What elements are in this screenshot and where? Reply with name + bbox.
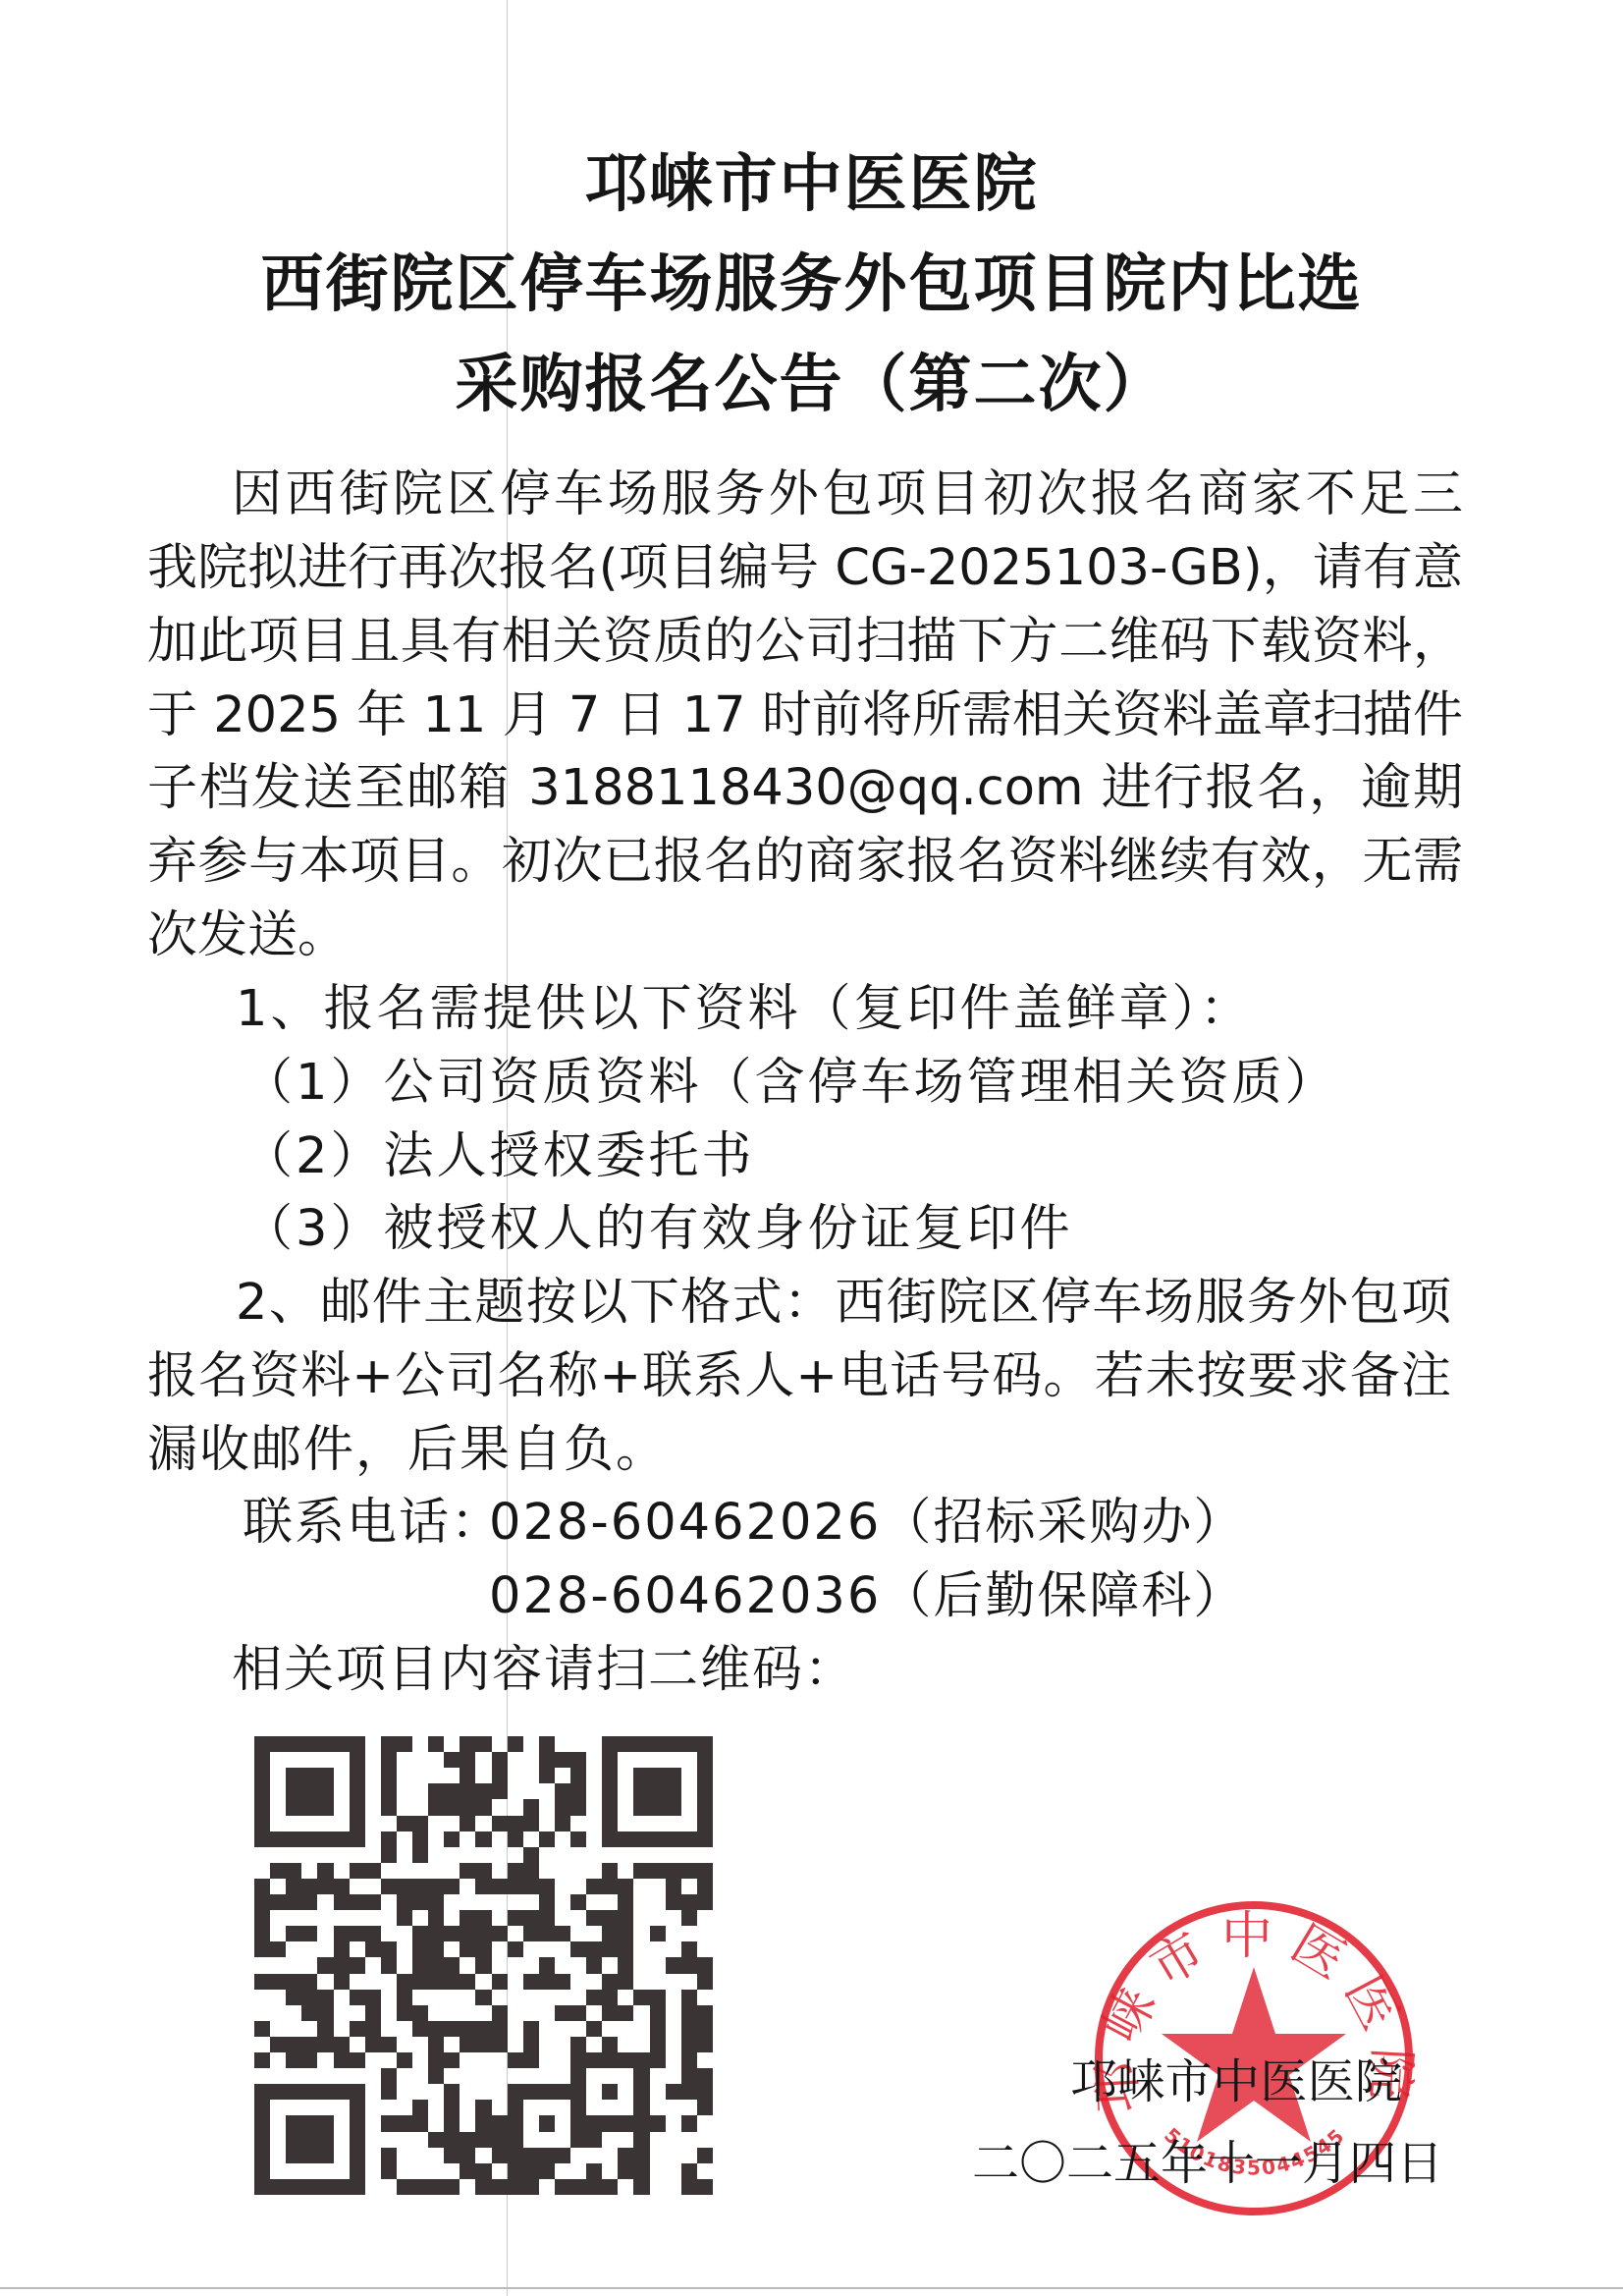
- qr-module: [666, 1816, 681, 1831]
- email-subject-line: 漏收邮件，后果自负。: [147, 1414, 668, 1487]
- qr-module: [633, 1831, 649, 1847]
- qr-module: [555, 1831, 570, 1847]
- qr-module: [681, 1910, 697, 1926]
- qr-module: [650, 1783, 666, 1799]
- qr-module: [633, 1783, 649, 1799]
- qr-module: [570, 2037, 586, 2052]
- qr-module: [270, 1847, 286, 1863]
- qr-module: [681, 2037, 697, 2052]
- qr-module: [697, 1910, 713, 1926]
- qr-module: [365, 1847, 381, 1863]
- qr-module: [460, 1847, 475, 1863]
- qr-module: [397, 1863, 412, 1879]
- qr-module: [444, 1799, 460, 1815]
- qr-module: [570, 1990, 586, 2005]
- qr-module: [555, 1736, 570, 1752]
- qr-module: [650, 2179, 666, 2195]
- qr-module: [650, 1863, 666, 1879]
- qr-module: [618, 2115, 633, 2131]
- qr-module: [444, 1974, 460, 1990]
- qr-module: [397, 1831, 412, 1847]
- qr-module: [460, 1941, 475, 1957]
- qr-module: [618, 2148, 633, 2163]
- qr-module: [381, 1736, 397, 1752]
- qr-module: [681, 2021, 697, 2037]
- qr-module: [539, 1941, 555, 1957]
- qr-module: [523, 2037, 539, 2052]
- qr-module: [666, 1941, 681, 1957]
- qr-module: [570, 1957, 586, 1973]
- qr-module: [539, 2084, 555, 2100]
- qr-module: [586, 2115, 602, 2131]
- qr-module: [397, 1816, 412, 1831]
- qr-module: [602, 1847, 618, 1863]
- qr-module: [650, 2052, 666, 2068]
- qr-module: [633, 1941, 649, 1957]
- qr-module: [412, 2115, 428, 2131]
- qr-module: [475, 2084, 491, 2100]
- qr-module: [475, 1752, 491, 1768]
- qr-module: [334, 2037, 350, 2052]
- qr-module: [317, 1799, 333, 1815]
- qr-module: [618, 2052, 633, 2068]
- qr-module: [570, 2132, 586, 2148]
- qr-module: [365, 2100, 381, 2115]
- qr-module: [301, 1910, 317, 1926]
- qr-module: [301, 1816, 317, 1831]
- qr-module: [650, 2163, 666, 2179]
- qr-module: [365, 1752, 381, 1768]
- qr-module: [523, 1783, 539, 1799]
- qr-module: [508, 1863, 523, 1879]
- qr-module: [254, 1926, 270, 1941]
- qr-module: [317, 1863, 333, 1879]
- qr-module: [697, 1894, 713, 1910]
- qr-module: [539, 1736, 555, 1752]
- qr-module: [570, 2052, 586, 2068]
- qr-module: [475, 1910, 491, 1926]
- qr-module: [365, 1783, 381, 1799]
- qr-module: [586, 2148, 602, 2163]
- qr-module: [301, 1926, 317, 1941]
- qr-module: [412, 2132, 428, 2148]
- qr-module: [317, 1879, 333, 1894]
- qr-module: [555, 2084, 570, 2100]
- qr-module: [508, 2148, 523, 2163]
- qr-module: [317, 2179, 333, 2195]
- qr-module: [412, 1847, 428, 1863]
- qr-module: [523, 1910, 539, 1926]
- qr-module: [586, 1910, 602, 1926]
- title-project: 西街院区停车场服务外包项目院内比选: [0, 246, 1623, 324]
- qr-module: [397, 1990, 412, 2005]
- qr-module: [254, 2021, 270, 2037]
- qr-module: [286, 2021, 301, 2037]
- qr-module: [555, 2148, 570, 2163]
- qr-module: [475, 2005, 491, 2021]
- qr-module: [697, 1831, 713, 1847]
- qr-module: [586, 2179, 602, 2195]
- qr-module: [286, 2115, 301, 2131]
- qr-module: [508, 2068, 523, 2084]
- qr-module: [254, 1910, 270, 1926]
- qr-module: [508, 2163, 523, 2179]
- qr-module: [602, 2021, 618, 2037]
- qr-module: [666, 1831, 681, 1847]
- qr-module: [428, 1752, 444, 1768]
- qr-module: [492, 1816, 508, 1831]
- qr-module: [428, 1816, 444, 1831]
- qr-module: [555, 1957, 570, 1973]
- qr-module: [365, 1974, 381, 1990]
- qr-module: [444, 2021, 460, 2037]
- qr-module: [365, 1863, 381, 1879]
- qr-module: [412, 2068, 428, 2084]
- qr-module: [365, 1879, 381, 1894]
- qr-module: [492, 1736, 508, 1752]
- qr-module: [508, 2179, 523, 2195]
- qr-module: [270, 1783, 286, 1799]
- qr-module: [650, 1957, 666, 1973]
- qr-module: [523, 1990, 539, 2005]
- qr-module: [492, 2037, 508, 2052]
- qr-module: [254, 1768, 270, 1783]
- qr-module: [428, 2037, 444, 2052]
- qr-module: [555, 2115, 570, 2131]
- qr-module: [539, 1910, 555, 1926]
- qr-module: [381, 1957, 397, 1973]
- qr-module: [539, 2052, 555, 2068]
- qr-module: [508, 1941, 523, 1957]
- qr-module: [618, 1926, 633, 1941]
- qr-module: [397, 2068, 412, 2084]
- qr-module: [633, 1990, 649, 2005]
- qr-module: [555, 1863, 570, 1879]
- qr-module: [666, 2163, 681, 2179]
- qr-module: [334, 2179, 350, 2195]
- qr-module: [428, 1863, 444, 1879]
- qr-module: [365, 1831, 381, 1847]
- qr-module: [633, 1816, 649, 1831]
- qr-module: [381, 1831, 397, 1847]
- qr-module: [428, 1910, 444, 1926]
- qr-module: [618, 2132, 633, 2148]
- qr-module: [286, 1863, 301, 1879]
- qr-module: [381, 1990, 397, 2005]
- qr-module: [381, 2037, 397, 2052]
- qr-module: [365, 2179, 381, 2195]
- qr-module: [570, 1752, 586, 1768]
- contact-phone-logistics: 028-60462036（后勤保障科）: [489, 1560, 1245, 1633]
- qr-module: [460, 1926, 475, 1941]
- qr-module: [301, 2115, 317, 2131]
- qr-module: [681, 1974, 697, 1990]
- qr-module: [475, 1879, 491, 1894]
- qr-module: [270, 2084, 286, 2100]
- qr-module: [650, 2021, 666, 2037]
- qr-module: [523, 1736, 539, 1752]
- qr-module: [602, 1752, 618, 1768]
- qr-module: [523, 1941, 539, 1957]
- qr-module: [570, 2163, 586, 2179]
- qr-module: [508, 1736, 523, 1752]
- qr-module: [666, 1926, 681, 1941]
- qr-module: [570, 1816, 586, 1831]
- qr-module: [618, 1736, 633, 1752]
- qr-module: [460, 1990, 475, 2005]
- qr-code[interactable]: [254, 1736, 713, 2195]
- qr-module: [650, 1990, 666, 2005]
- qr-module: [681, 1768, 697, 1783]
- qr-module: [365, 2115, 381, 2131]
- qr-module: [460, 2052, 475, 2068]
- qr-module: [381, 1799, 397, 1815]
- qr-module: [618, 1752, 633, 1768]
- qr-module: [286, 1799, 301, 1815]
- qr-module: [570, 1799, 586, 1815]
- qr-module: [350, 1894, 365, 1910]
- qr-module: [397, 2132, 412, 2148]
- qr-module: [334, 1926, 350, 1941]
- qr-module: [633, 1799, 649, 1815]
- qr-module: [397, 1783, 412, 1799]
- body-line: 我院拟进行再次报名(项目编号 CG-2025103-GB)，请有意向参: [147, 532, 1463, 605]
- qr-module: [508, 1879, 523, 1894]
- qr-module: [586, 1847, 602, 1863]
- qr-module: [633, 2179, 649, 2195]
- qr-module: [270, 2132, 286, 2148]
- qr-module: [270, 1863, 286, 1879]
- qr-module: [301, 1768, 317, 1783]
- qr-module: [301, 1752, 317, 1768]
- contact-phone-procurement: 028-60462026（招标采购办）: [489, 1487, 1245, 1559]
- qr-module: [633, 1894, 649, 1910]
- qr-module: [397, 1910, 412, 1926]
- qr-module: [397, 2163, 412, 2179]
- qr-module: [508, 1957, 523, 1973]
- qr-module: [365, 2068, 381, 2084]
- qr-module: [602, 1863, 618, 1879]
- qr-module: [428, 1990, 444, 2005]
- qr-module: [365, 2005, 381, 2021]
- qr-module: [444, 1910, 460, 1926]
- qr-module: [286, 1752, 301, 1768]
- qr-module: [633, 1752, 649, 1768]
- body-line: 次发送。: [147, 900, 348, 972]
- qr-module: [444, 2132, 460, 2148]
- qr-module: [539, 1879, 555, 1894]
- qr-module: [412, 2005, 428, 2021]
- qr-module: [428, 1926, 444, 1941]
- qr-module: [539, 1752, 555, 1768]
- qr-module: [618, 1879, 633, 1894]
- qr-module: [618, 1816, 633, 1831]
- qr-module: [602, 2179, 618, 2195]
- qr-module: [618, 1847, 633, 1863]
- qr-module: [317, 1768, 333, 1783]
- qr-module: [539, 2115, 555, 2131]
- qr-module: [412, 1831, 428, 1847]
- qr-module: [697, 1990, 713, 2005]
- qr-module: [523, 2132, 539, 2148]
- qr-module: [475, 1941, 491, 1957]
- qr-module: [286, 2100, 301, 2115]
- qr-module: [334, 1736, 350, 1752]
- qr-module: [460, 1752, 475, 1768]
- qr-module: [254, 2068, 270, 2084]
- qr-module: [350, 1974, 365, 1990]
- qr-module: [602, 1799, 618, 1815]
- qr-module: [650, 1736, 666, 1752]
- qr-module: [460, 1831, 475, 1847]
- qr-module: [508, 1799, 523, 1815]
- qr-module: [301, 1736, 317, 1752]
- qr-module: [666, 2005, 681, 2021]
- qr-module: [508, 2021, 523, 2037]
- qr-module: [365, 1799, 381, 1815]
- qr-module: [633, 1879, 649, 1894]
- qr-module: [254, 2005, 270, 2021]
- qr-module: [317, 1736, 333, 1752]
- qr-module: [602, 1816, 618, 1831]
- qr-module: [254, 1863, 270, 1879]
- qr-prompt: 相关项目内容请扫二维码：: [232, 1634, 856, 1707]
- qr-module: [350, 1799, 365, 1815]
- qr-module: [317, 2005, 333, 2021]
- qr-module: [539, 2132, 555, 2148]
- qr-module: [428, 1768, 444, 1783]
- qr-module: [681, 2052, 697, 2068]
- qr-module: [286, 2068, 301, 2084]
- qr-module: [633, 1736, 649, 1752]
- qr-module: [602, 1957, 618, 1973]
- qr-module: [586, 2163, 602, 2179]
- qr-module: [428, 2005, 444, 2021]
- qr-module: [475, 1783, 491, 1799]
- qr-module: [618, 1894, 633, 1910]
- qr-module: [412, 1957, 428, 1973]
- qr-module: [444, 2115, 460, 2131]
- qr-module: [539, 2148, 555, 2163]
- qr-module: [602, 2115, 618, 2131]
- qr-module: [317, 1990, 333, 2005]
- qr-module: [475, 1847, 491, 1863]
- requirement-item: （1）公司资质资料（含停车场管理相关资质）: [243, 1047, 1337, 1120]
- qr-module: [697, 1783, 713, 1799]
- qr-module: [254, 1879, 270, 1894]
- qr-module: [539, 2021, 555, 2037]
- qr-module: [270, 1831, 286, 1847]
- qr-module: [681, 2005, 697, 2021]
- qr-module: [697, 2132, 713, 2148]
- qr-module: [633, 1926, 649, 1941]
- qr-module: [428, 2052, 444, 2068]
- qr-module: [254, 2037, 270, 2052]
- qr-module: [301, 2005, 317, 2021]
- qr-module: [270, 2148, 286, 2163]
- qr-module: [381, 2005, 397, 2021]
- qr-module: [650, 2037, 666, 2052]
- qr-module: [555, 1974, 570, 1990]
- qr-module: [492, 1783, 508, 1799]
- qr-module: [666, 2100, 681, 2115]
- qr-module: [650, 2084, 666, 2100]
- qr-module: [301, 2132, 317, 2148]
- qr-module: [270, 2163, 286, 2179]
- qr-module: [317, 2084, 333, 2100]
- email-subject-line: 2、邮件主题按以下格式：西街院区停车场服务外包项目: [236, 1267, 1451, 1339]
- qr-module: [444, 2005, 460, 2021]
- qr-module: [697, 2052, 713, 2068]
- qr-module: [350, 1736, 365, 1752]
- qr-module: [602, 1910, 618, 1926]
- qr-module: [633, 2115, 649, 2131]
- qr-module: [381, 2148, 397, 2163]
- qr-module: [460, 2084, 475, 2100]
- qr-module: [460, 1783, 475, 1799]
- qr-module: [412, 2084, 428, 2100]
- qr-module: [317, 1831, 333, 1847]
- scanner-artifact-edge: [0, 2287, 1623, 2289]
- qr-module: [397, 1752, 412, 1768]
- qr-module: [666, 2115, 681, 2131]
- qr-module: [475, 1926, 491, 1941]
- qr-module: [350, 2115, 365, 2131]
- qr-module: [334, 1768, 350, 1783]
- qr-module: [523, 1879, 539, 1894]
- qr-module: [523, 2005, 539, 2021]
- qr-module: [523, 2021, 539, 2037]
- qr-module: [334, 2084, 350, 2100]
- qr-module: [412, 1926, 428, 1941]
- qr-module: [523, 1974, 539, 1990]
- qr-module: [586, 1799, 602, 1815]
- qr-module: [508, 1894, 523, 1910]
- qr-module: [270, 2005, 286, 2021]
- qr-module: [570, 2021, 586, 2037]
- qr-module: [444, 1926, 460, 1941]
- qr-module: [523, 1768, 539, 1783]
- qr-module: [697, 1863, 713, 1879]
- qr-module: [412, 1863, 428, 1879]
- qr-module: [492, 1863, 508, 1879]
- qr-module: [412, 2100, 428, 2115]
- qr-module: [334, 1879, 350, 1894]
- qr-module: [523, 2068, 539, 2084]
- qr-module: [270, 2100, 286, 2115]
- qr-module: [697, 1752, 713, 1768]
- qr-module: [492, 1752, 508, 1768]
- qr-module: [555, 1941, 570, 1957]
- qr-module: [508, 1990, 523, 2005]
- qr-module: [602, 1974, 618, 1990]
- qr-module: [539, 1816, 555, 1831]
- qr-module: [412, 2148, 428, 2163]
- qr-module: [681, 2179, 697, 2195]
- qr-module: [539, 2037, 555, 2052]
- qr-module: [428, 1879, 444, 1894]
- qr-module: [381, 1768, 397, 1783]
- qr-module: [633, 1863, 649, 1879]
- qr-module: [697, 1974, 713, 1990]
- qr-module: [286, 1783, 301, 1799]
- qr-module: [681, 2068, 697, 2084]
- qr-module: [570, 1894, 586, 1910]
- qr-module: [350, 2132, 365, 2148]
- qr-module: [270, 1768, 286, 1783]
- qr-module: [633, 1974, 649, 1990]
- qr-module: [254, 1957, 270, 1973]
